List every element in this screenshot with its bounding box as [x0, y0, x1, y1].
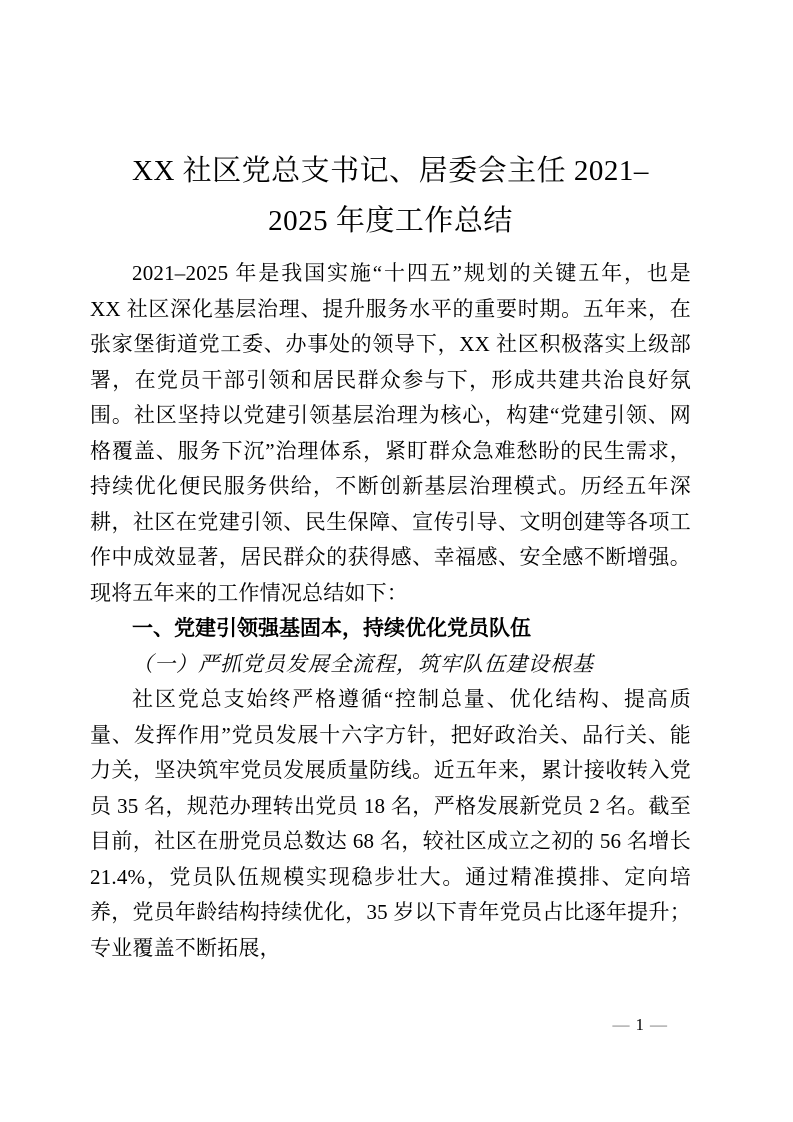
- section-1-paragraph: 社区党总支始终严格遵循“控制总量、优化结构、提高质量、发挥作用”党员发展十六字方…: [90, 682, 691, 966]
- document-content: XX 社区党总支书记、居委会主任 2021– 2025 年度工作总结 2021–…: [90, 0, 691, 966]
- document-title-line-2: 2025 年度工作总结: [90, 196, 691, 246]
- footer-dash-left: —: [607, 1015, 636, 1034]
- section-1-heading: 一、党建引领强基固本，持续优化党员队伍: [90, 611, 691, 647]
- footer-page-number: 1: [636, 1015, 645, 1034]
- intro-paragraph: 2021–2025 年是我国实施“十四五”规划的关键五年，也是 XX 社区深化基…: [90, 256, 691, 611]
- footer-dash-right: —: [644, 1015, 673, 1034]
- document-title-line-1: XX 社区党总支书记、居委会主任 2021–: [90, 146, 691, 196]
- document-page: XX 社区党总支书记、居委会主任 2021– 2025 年度工作总结 2021–…: [0, 0, 793, 1122]
- document-title: XX 社区党总支书记、居委会主任 2021– 2025 年度工作总结: [90, 146, 691, 246]
- page-footer: —1—: [607, 1014, 674, 1036]
- section-1-subheading: （一）严抓党员发展全流程，筑牢队伍建设根基: [90, 647, 691, 683]
